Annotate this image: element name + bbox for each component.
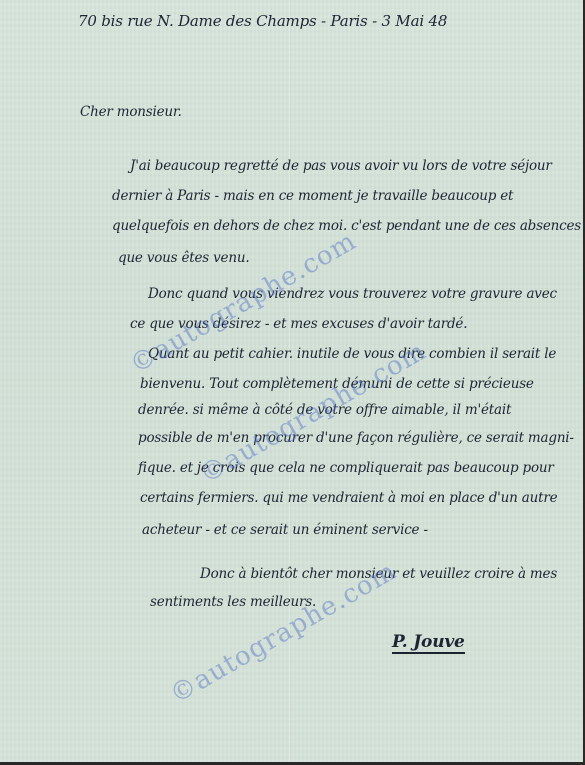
letter-header-address-date: 70 bis rue N. Dame des Champs - Paris - … (78, 12, 447, 30)
letter-line: ce que vous désirez - et mes excuses d'a… (130, 316, 467, 332)
letter-page: 70 bis rue N. Dame des Champs - Paris - … (0, 0, 583, 762)
letter-salutation: Cher monsieur. (80, 104, 182, 120)
letter-line: bienvenu. Tout complètement démuni de ce… (140, 376, 534, 392)
letter-line: quelquefois en dehors de chez moi. c'est… (112, 218, 581, 234)
letter-line: dernier à Paris - mais en ce moment je t… (112, 188, 513, 204)
letter-line: J'ai beaucoup regretté de pas vous avoir… (130, 158, 552, 174)
letter-line: certains fermiers. qui me vendraient à m… (140, 490, 557, 506)
letter-line: sentiments les meilleurs. (150, 594, 316, 610)
letter-line: fique. et je crois que cela ne complique… (138, 460, 554, 476)
letter-line: denrée. si même à côté de votre offre ai… (138, 402, 511, 418)
letter-line: Quant au petit cahier. inutile de vous d… (148, 346, 556, 362)
letter-line: Donc quand vous viendrez vous trouverez … (148, 286, 557, 302)
letter-line: acheteur - et ce serait un éminent servi… (142, 522, 428, 538)
letter-line: Donc à bientôt cher monsieur et veuillez… (200, 566, 557, 582)
letter-signature: P. Jouve (392, 632, 465, 654)
letter-line: que vous êtes venu. (118, 250, 249, 266)
letter-line: possible de m'en procurer d'une façon ré… (138, 430, 574, 446)
